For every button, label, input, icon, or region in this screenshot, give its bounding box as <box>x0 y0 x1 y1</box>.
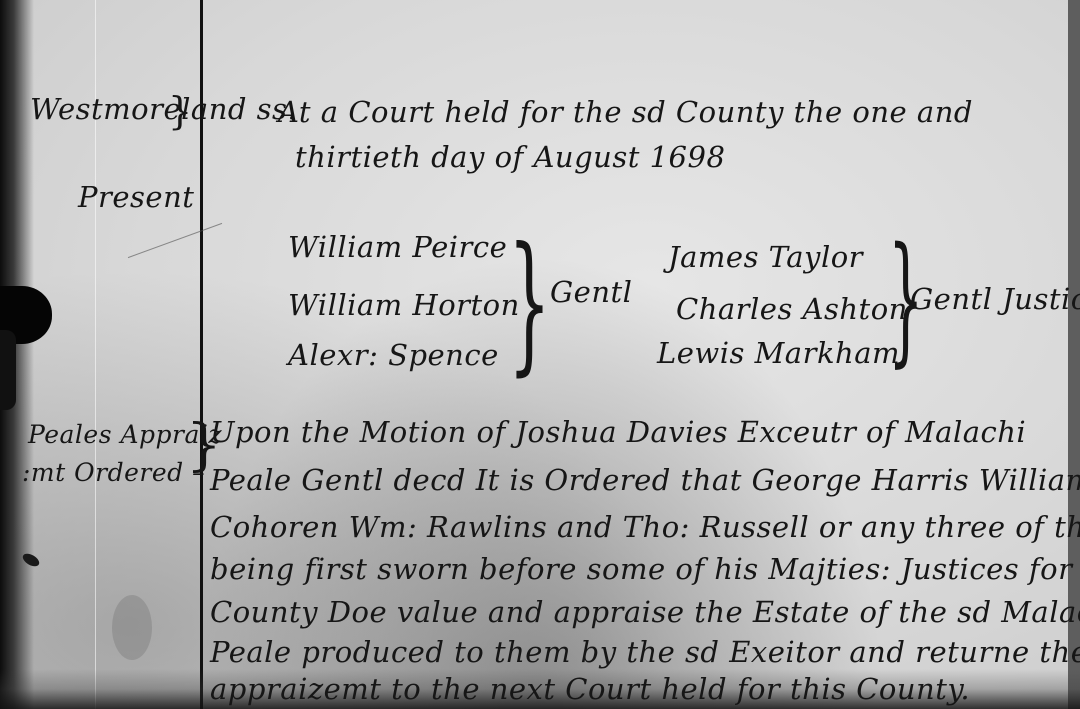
order-line-4: being first sworn before some of his Maj… <box>210 552 1080 586</box>
justices-gentlemen-label-2: Gentl Justices <box>910 282 1080 316</box>
justices-gentlemen-label-1: Gentl <box>550 275 632 309</box>
margin-county-note: Westmoreland ss. <box>30 92 297 126</box>
order-line-3: Cohoren Wm: Rawlins and Tho: Russell or … <box>210 510 1080 544</box>
order-line-2: Peale Gentl decd It is Ordered that Geor… <box>210 463 1080 497</box>
justice-name: William Horton <box>288 288 520 322</box>
justice-name: James Taylor <box>668 240 863 274</box>
margin-entry-title-line2: :mt Ordered – <box>22 458 205 487</box>
order-line-6: Peale produced to them by the sd Exeitor… <box>210 635 1080 669</box>
margin-present-note: Present <box>78 180 194 214</box>
ink-blot-lower <box>0 330 16 410</box>
stray-pen-line <box>128 223 222 258</box>
paper-stain <box>112 595 152 660</box>
heading-line-2: thirtieth day of August 1698 <box>295 140 725 174</box>
order-line-7: appraizemt to the next Court held for th… <box>210 672 970 706</box>
justice-name: William Peirce <box>288 230 507 264</box>
justice-name: Charles Ashton <box>676 292 908 326</box>
margin-brace: } <box>168 92 192 130</box>
heading-line-1: At a Court held for the sd County the on… <box>278 95 973 129</box>
justice-name: Alexr: Spence <box>288 338 499 372</box>
order-line-1: Upon the Motion of Joshua Davies Exceutr… <box>210 415 1026 449</box>
justice-name: Lewis Markham <box>657 336 900 370</box>
manuscript-page: Westmoreland ss. } Present Peales Apprai… <box>0 0 1080 709</box>
justices-brace-1: } <box>508 228 551 378</box>
order-line-5: County Doe value and appraise the Estate… <box>210 595 1080 629</box>
